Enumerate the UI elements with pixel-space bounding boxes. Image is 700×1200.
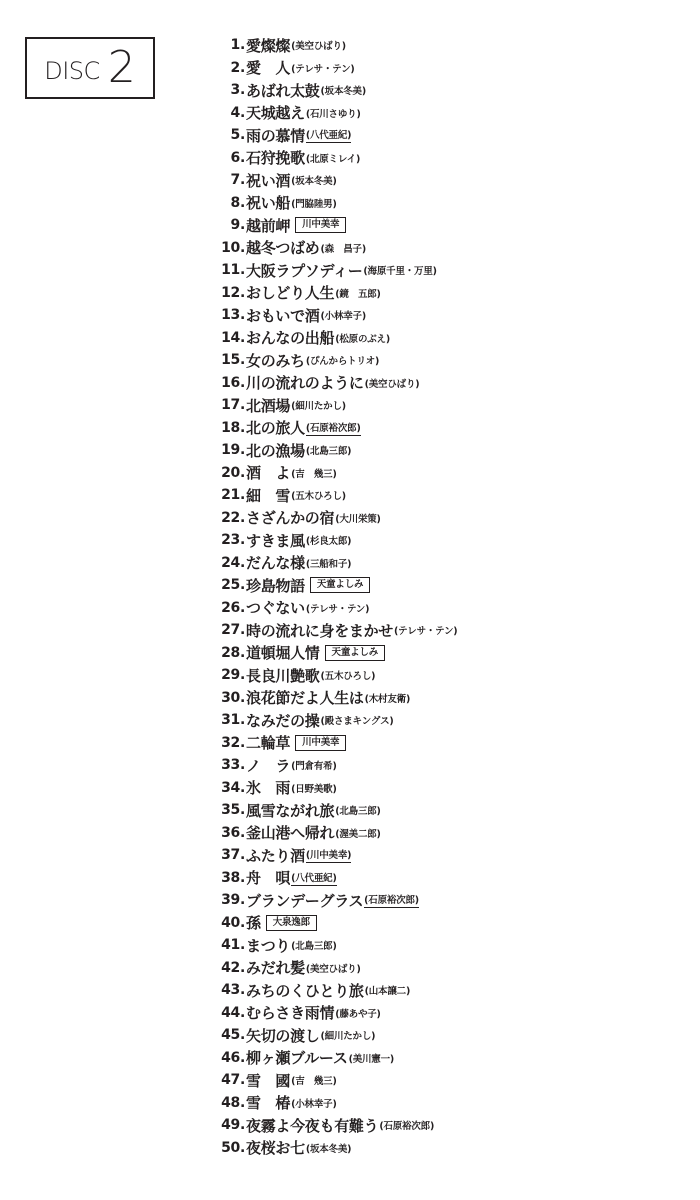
track-artist: (坂本冬美) [306, 1141, 351, 1155]
track-title: つぐない [246, 597, 305, 618]
track-number: 8. [0, 195, 246, 211]
track-title: 祝い酒 [246, 170, 290, 191]
track-artist: (日野美歌) [291, 781, 336, 795]
track-row: 39.ブランデーグラス(石原裕次郎) [0, 889, 457, 912]
track-title: 孫 [246, 912, 261, 933]
track-row: 32.二輪草川中美幸 [0, 732, 457, 755]
track-title: 舟 唄 [246, 867, 290, 888]
track-artist: (吉 幾三) [291, 466, 336, 480]
track-row: 45.矢切の渡し(細川たかし) [0, 1024, 457, 1047]
track-artist: (門倉有希) [291, 758, 336, 772]
track-number: 22. [0, 510, 246, 526]
track-row: 9.越前岬川中美幸 [0, 214, 457, 237]
track-title: 北の漁場 [246, 440, 305, 461]
track-row: 30.浪花節だよ人生は(木村友衛) [0, 687, 457, 710]
track-number: 11. [0, 262, 246, 278]
track-row: 29.長良川艶歌(五木ひろし) [0, 664, 457, 687]
track-title: 祝い船 [246, 192, 290, 213]
track-number: 12. [0, 285, 246, 301]
track-number: 42. [0, 960, 246, 976]
track-number: 49. [0, 1117, 246, 1133]
track-artist: (海原千里・万里) [363, 263, 436, 277]
track-number: 16. [0, 375, 246, 391]
track-row: 35.風雪ながれ旅(北島三郎) [0, 799, 457, 822]
track-artist: (小林幸子) [321, 308, 366, 322]
track-title: おしどり人生 [246, 282, 334, 303]
track-title: 二輪草 [246, 732, 290, 753]
track-row: 34.氷 雨(日野美歌) [0, 777, 457, 800]
track-row: 27.時の流れに身をまかせ(テレサ・テン) [0, 619, 457, 642]
track-row: 16.川の流れのように(美空ひばり) [0, 372, 457, 395]
track-title: 雨の慕情 [246, 125, 305, 146]
track-artist: 川中美幸 [295, 735, 346, 751]
track-artist: (三船和子) [306, 556, 351, 570]
track-artist: (テレサ・テン) [306, 601, 369, 615]
track-artist: (杉良太郎) [306, 533, 351, 547]
track-number: 36. [0, 825, 246, 841]
track-artist: (ぴんからトリオ) [306, 353, 379, 367]
track-title: さざんかの宿 [246, 507, 334, 528]
track-artist: (五木ひろし) [291, 488, 346, 502]
track-title: 夜霧よ今夜も有難う [246, 1115, 378, 1136]
track-artist: (美空ひばり) [291, 38, 346, 52]
track-row: 22.さざんかの宿(大川栄策) [0, 507, 457, 530]
track-number: 17. [0, 397, 246, 413]
track-number: 50. [0, 1140, 246, 1156]
track-number: 34. [0, 780, 246, 796]
track-number: 7. [0, 172, 246, 188]
track-number: 38. [0, 870, 246, 886]
track-row: 23.すきま風(杉良太郎) [0, 529, 457, 552]
track-title: 時の流れに身をまかせ [246, 620, 393, 641]
track-number: 26. [0, 600, 246, 616]
track-number: 24. [0, 555, 246, 571]
track-row: 47.雪 國(吉 幾三) [0, 1069, 457, 1092]
track-row: 49.夜霧よ今夜も有難う(石原裕次郎) [0, 1114, 457, 1137]
track-title: むらさき雨情 [246, 1002, 334, 1023]
track-artist: (美空ひばり) [306, 961, 361, 975]
track-number: 14. [0, 330, 246, 346]
track-title: 風雪ながれ旅 [246, 800, 334, 821]
track-row: 26.つぐない(テレサ・テン) [0, 597, 457, 620]
track-artist: (北島三郎) [335, 803, 380, 817]
track-row: 3.あばれ太鼓(坂本冬美) [0, 79, 457, 102]
track-row: 13.おもいで酒(小林幸子) [0, 304, 457, 327]
track-artist: (テレサ・テン) [394, 623, 457, 637]
track-number: 5. [0, 127, 246, 143]
track-artist: (石川さゆり) [306, 106, 361, 120]
track-title: 越前岬 [246, 215, 290, 236]
track-artist: (細川たかし) [321, 1028, 376, 1042]
track-number: 45. [0, 1027, 246, 1043]
track-title: 道頓堀人情 [246, 642, 320, 663]
track-artist: (小林幸子) [291, 1096, 336, 1110]
track-title: 雪 國 [246, 1070, 290, 1091]
track-number: 33. [0, 757, 246, 773]
track-row: 38.舟 唄(八代亜紀) [0, 867, 457, 890]
track-title: 夜桜お七 [246, 1137, 305, 1158]
track-number: 1. [0, 37, 246, 53]
track-title: 浪花節だよ人生は [246, 687, 364, 708]
track-row: 28.道頓堀人情天童よしみ [0, 642, 457, 665]
track-title: 愛 人 [246, 57, 290, 78]
track-row: 1.愛燦燦(美空ひばり) [0, 34, 457, 57]
track-title: 川の流れのように [246, 372, 364, 393]
track-title: 北酒場 [246, 395, 290, 416]
track-title: 細 雪 [246, 485, 290, 506]
track-row: 42.みだれ髪(美空ひばり) [0, 957, 457, 980]
track-artist: (山本譲二) [365, 983, 410, 997]
track-artist: (大川栄策) [335, 511, 380, 525]
track-title: なみだの操 [246, 710, 320, 731]
track-number: 23. [0, 532, 246, 548]
track-number: 47. [0, 1072, 246, 1088]
track-row: 40.孫大泉逸郎 [0, 912, 457, 935]
track-number: 28. [0, 645, 246, 661]
track-row: 44.むらさき雨情(藤あや子) [0, 1002, 457, 1025]
track-artist: (石原裕次郎) [379, 1118, 434, 1132]
track-title: 越冬つばめ [246, 237, 320, 258]
track-row: 31.なみだの操(殿さまキングス) [0, 709, 457, 732]
track-artist: (八代亜紀) [291, 870, 336, 886]
track-number: 46. [0, 1050, 246, 1066]
track-number: 37. [0, 847, 246, 863]
track-title: 釜山港へ帰れ [246, 822, 334, 843]
track-row: 41.まつり(北島三郎) [0, 934, 457, 957]
track-artist: (殿さまキングス) [321, 713, 394, 727]
track-row: 2.愛 人(テレサ・テン) [0, 57, 457, 80]
track-number: 2. [0, 60, 246, 76]
track-number: 35. [0, 802, 246, 818]
track-row: 14.おんなの出船(松原のぶえ) [0, 327, 457, 350]
track-row: 4.天城越え(石川さゆり) [0, 102, 457, 125]
track-title: おもいで酒 [246, 305, 320, 326]
track-title: まつり [246, 935, 290, 956]
track-row: 15.女のみち(ぴんからトリオ) [0, 349, 457, 372]
track-number: 25. [0, 577, 246, 593]
track-title: 酒 よ [246, 462, 290, 483]
track-title: 北の旅人 [246, 417, 305, 438]
track-title: 雪 椿 [246, 1092, 290, 1113]
track-number: 30. [0, 690, 246, 706]
track-row: 6.石狩挽歌(北原ミレイ) [0, 147, 457, 170]
track-artist: (森 昌子) [321, 241, 366, 255]
track-number: 15. [0, 352, 246, 368]
track-title: 柳ヶ瀬ブルース [246, 1047, 348, 1068]
track-number: 6. [0, 150, 246, 166]
track-row: 11.大阪ラプソディー(海原千里・万里) [0, 259, 457, 282]
track-artist: (鏡 五郎) [335, 286, 380, 300]
track-artist: (坂本冬美) [291, 173, 336, 187]
track-row: 17.北酒場(細川たかし) [0, 394, 457, 417]
track-title: 女のみち [246, 350, 305, 371]
track-artist: (石原裕次郎) [364, 892, 419, 908]
track-artist: (石原裕次郎) [306, 420, 361, 436]
track-row: 48.雪 椿(小林幸子) [0, 1092, 457, 1115]
track-row: 19.北の漁場(北島三郎) [0, 439, 457, 462]
track-number: 4. [0, 105, 246, 121]
track-title: 愛燦燦 [246, 35, 290, 56]
track-title: 天城越え [246, 102, 305, 123]
track-row: 10.越冬つばめ(森 昌子) [0, 237, 457, 260]
track-number: 13. [0, 307, 246, 323]
track-title: すきま風 [246, 530, 305, 551]
track-artist: 天童よしみ [310, 577, 371, 593]
track-artist: (北原ミレイ) [306, 151, 360, 165]
track-row: 24.だんな様(三船和子) [0, 552, 457, 575]
track-row: 50.夜桜お七(坂本冬美) [0, 1137, 457, 1160]
track-number: 40. [0, 915, 246, 931]
track-title: 矢切の渡し [246, 1025, 320, 1046]
track-title: 石狩挽歌 [246, 147, 305, 168]
track-artist: (北島三郎) [291, 938, 336, 952]
track-artist: (五木ひろし) [321, 668, 376, 682]
track-row: 21.細 雪(五木ひろし) [0, 484, 457, 507]
track-row: 18.北の旅人(石原裕次郎) [0, 417, 457, 440]
track-artist: (八代亜紀) [306, 127, 351, 143]
track-number: 39. [0, 892, 246, 908]
track-list: 1.愛燦燦(美空ひばり)2.愛 人(テレサ・テン)3.あばれ太鼓(坂本冬美)4.… [0, 34, 457, 1159]
track-title: 氷 雨 [246, 777, 290, 798]
track-number: 48. [0, 1095, 246, 1111]
track-artist: 川中美幸 [295, 217, 346, 233]
track-number: 10. [0, 240, 246, 256]
track-title: だんな様 [246, 552, 305, 573]
track-number: 19. [0, 442, 246, 458]
track-row: 8.祝い船(門脇陸男) [0, 192, 457, 215]
track-number: 27. [0, 622, 246, 638]
track-row: 12.おしどり人生(鏡 五郎) [0, 282, 457, 305]
track-number: 32. [0, 735, 246, 751]
track-artist: (テレサ・テン) [291, 61, 354, 75]
track-number: 9. [0, 217, 246, 233]
track-title: 長良川艶歌 [246, 665, 320, 686]
track-number: 3. [0, 82, 246, 98]
track-artist: (美川憲一) [349, 1051, 394, 1065]
track-artist: (美空ひばり) [365, 376, 420, 390]
track-number: 29. [0, 667, 246, 683]
track-title: ノ ラ [246, 755, 290, 776]
track-title: ふたり酒 [246, 845, 305, 866]
track-title: 珍島物語 [246, 575, 305, 596]
track-artist: (渥美二郎) [335, 826, 380, 840]
track-number: 20. [0, 465, 246, 481]
track-artist: (北島三郎) [306, 443, 351, 457]
track-artist: 天童よしみ [325, 645, 386, 661]
track-artist: (門脇陸男) [291, 196, 336, 210]
track-title: 大阪ラプソディー [246, 260, 362, 281]
track-row: 25.珍島物語天童よしみ [0, 574, 457, 597]
track-artist: (細川たかし) [291, 398, 346, 412]
track-number: 21. [0, 487, 246, 503]
track-row: 5.雨の慕情(八代亜紀) [0, 124, 457, 147]
track-title: みだれ髪 [246, 957, 305, 978]
track-number: 18. [0, 420, 246, 436]
track-row: 43.みちのくひとり旅(山本譲二) [0, 979, 457, 1002]
track-number: 41. [0, 937, 246, 953]
track-artist: (吉 幾三) [291, 1073, 336, 1087]
track-artist: (松原のぶえ) [335, 331, 390, 345]
track-row: 33.ノ ラ(門倉有希) [0, 754, 457, 777]
track-artist: (坂本冬美) [321, 83, 366, 97]
track-title: ブランデーグラス [246, 890, 363, 911]
track-artist: (木村友衛) [365, 691, 410, 705]
track-row: 7.祝い酒(坂本冬美) [0, 169, 457, 192]
track-title: みちのくひとり旅 [246, 980, 364, 1001]
track-artist: 大泉逸郎 [266, 915, 317, 931]
track-number: 31. [0, 712, 246, 728]
track-artist: (川中美幸) [306, 847, 351, 863]
track-title: おんなの出船 [246, 327, 334, 348]
track-row: 20.酒 よ(吉 幾三) [0, 462, 457, 485]
track-row: 37.ふたり酒(川中美幸) [0, 844, 457, 867]
track-row: 46.柳ヶ瀬ブルース(美川憲一) [0, 1047, 457, 1070]
track-number: 43. [0, 982, 246, 998]
track-title: あばれ太鼓 [246, 80, 320, 101]
track-artist: (藤あや子) [335, 1006, 380, 1020]
track-row: 36.釜山港へ帰れ(渥美二郎) [0, 822, 457, 845]
track-number: 44. [0, 1005, 246, 1021]
